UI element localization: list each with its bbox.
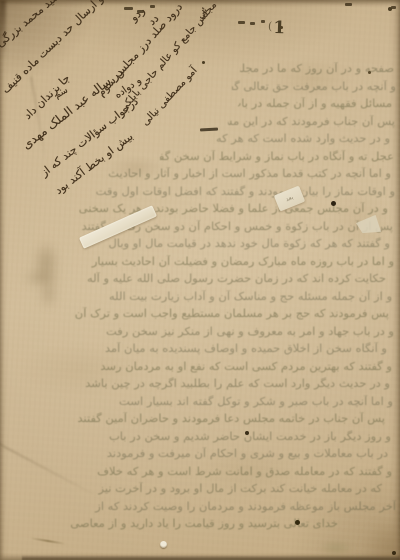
ink-dash bbox=[261, 20, 265, 23]
faded-text-line: حکایت کرده اند که در زمان حضرت رسول صلی … bbox=[70, 272, 386, 285]
faded-text-line: عجل ته و آنگاه در باب نماز و شرایط آن سخ… bbox=[160, 150, 394, 163]
faded-text-line: پس آن جناب در خاتمه مجلس دعا فرمودند و ح… bbox=[58, 412, 385, 425]
faded-text-line: و در باب جهاد و امر به معروف و نهی از من… bbox=[58, 325, 394, 338]
faded-text-line: و روز دیگر باز در خدمت ایشان حاضر شدیم و… bbox=[66, 430, 391, 443]
faded-text-line: آخر مجلس باز موعظه فرمودند و مردمان را و… bbox=[68, 500, 396, 513]
faded-text-line: و از آن جمله مسئله حج و مناسک آن و آداب … bbox=[56, 290, 392, 303]
bottom-stain bbox=[318, 540, 354, 556]
faded-text-line: و اما آنچه در باب صبر و شکر و توکل گفته … bbox=[62, 395, 393, 408]
faded-text-line: در باب معاملات و بیع و شری و احکام آن می… bbox=[60, 447, 388, 460]
ink-speck bbox=[392, 551, 396, 555]
faded-text-line: و اوقات نماز را بیان فرمودند و گفتند که … bbox=[70, 185, 395, 198]
ink-dash bbox=[345, 3, 352, 6]
ink-smudge bbox=[200, 128, 218, 132]
ink-speck bbox=[388, 7, 392, 11]
faded-text-line: و اما آنچه در کتب قدما مذکور است از اخبا… bbox=[80, 167, 391, 180]
page-bottom-edge-shadow bbox=[22, 555, 400, 560]
faded-text-line: و در حدیث دیگر وارد است که علم را بطلبید… bbox=[55, 377, 390, 390]
manuscript-page-scan: صفحه و در آن روز که ما در مجلس حاضر شدیم… bbox=[0, 0, 400, 560]
folio-number: (1 bbox=[268, 18, 287, 39]
ink-speck bbox=[295, 520, 300, 525]
paper-hole bbox=[160, 541, 167, 548]
faded-text-line: و گفتند که در معامله صدق و امانت شرط است… bbox=[57, 465, 392, 478]
faded-text-line: که در معامله خیانت کند برکت از مال او بر… bbox=[64, 482, 382, 495]
paper-fiber bbox=[30, 537, 66, 545]
faded-text-line: پس آن جناب فرمودند که در این مسئله اقوال… bbox=[228, 115, 395, 128]
faded-text-line: و در آن مجلس جمعی از علما و فضلا حاضر بو… bbox=[62, 202, 388, 215]
ink-speck bbox=[202, 61, 205, 64]
faded-text-line: و آنگاه سخن از اخلاق حمیده و اوصاف پسندی… bbox=[68, 342, 387, 355]
faded-text-line: و اما در باب روزه ماه مبارک رمضان و فضیل… bbox=[60, 255, 394, 268]
ink-dash bbox=[124, 7, 133, 10]
ink-speck bbox=[368, 71, 371, 74]
ink-dash bbox=[150, 5, 155, 8]
ink-speck bbox=[331, 201, 336, 206]
folio-mark: ( bbox=[268, 20, 274, 33]
faded-text-line: مسائل فقهیه و از آن جمله در باب طهارت و … bbox=[238, 97, 392, 110]
ink-dash bbox=[137, 10, 144, 13]
faded-text-line: پس فرمودند که حج بر هر مسلمان مستطیع واج… bbox=[64, 307, 389, 320]
ink-dash bbox=[238, 21, 245, 24]
ink-dash bbox=[250, 22, 255, 25]
ink-speck bbox=[280, 26, 283, 29]
faded-text-line: و گفتند که بهترین مردم کسی است که نفع او… bbox=[60, 360, 392, 373]
faded-text-line: و آنچه در باب معرفت حق تعالی گفته اند بی… bbox=[232, 80, 396, 93]
ink-speck bbox=[245, 431, 249, 435]
faded-text-line: و گفتند که هر که زکوة مال خود ندهد در قی… bbox=[66, 237, 390, 250]
faded-text-line: صفحه و در آن روز که ما در مجلس حاضر شدیم… bbox=[240, 62, 394, 75]
faded-text-line: و در حدیث وارد شده است که هر که طلب علم … bbox=[215, 132, 390, 145]
